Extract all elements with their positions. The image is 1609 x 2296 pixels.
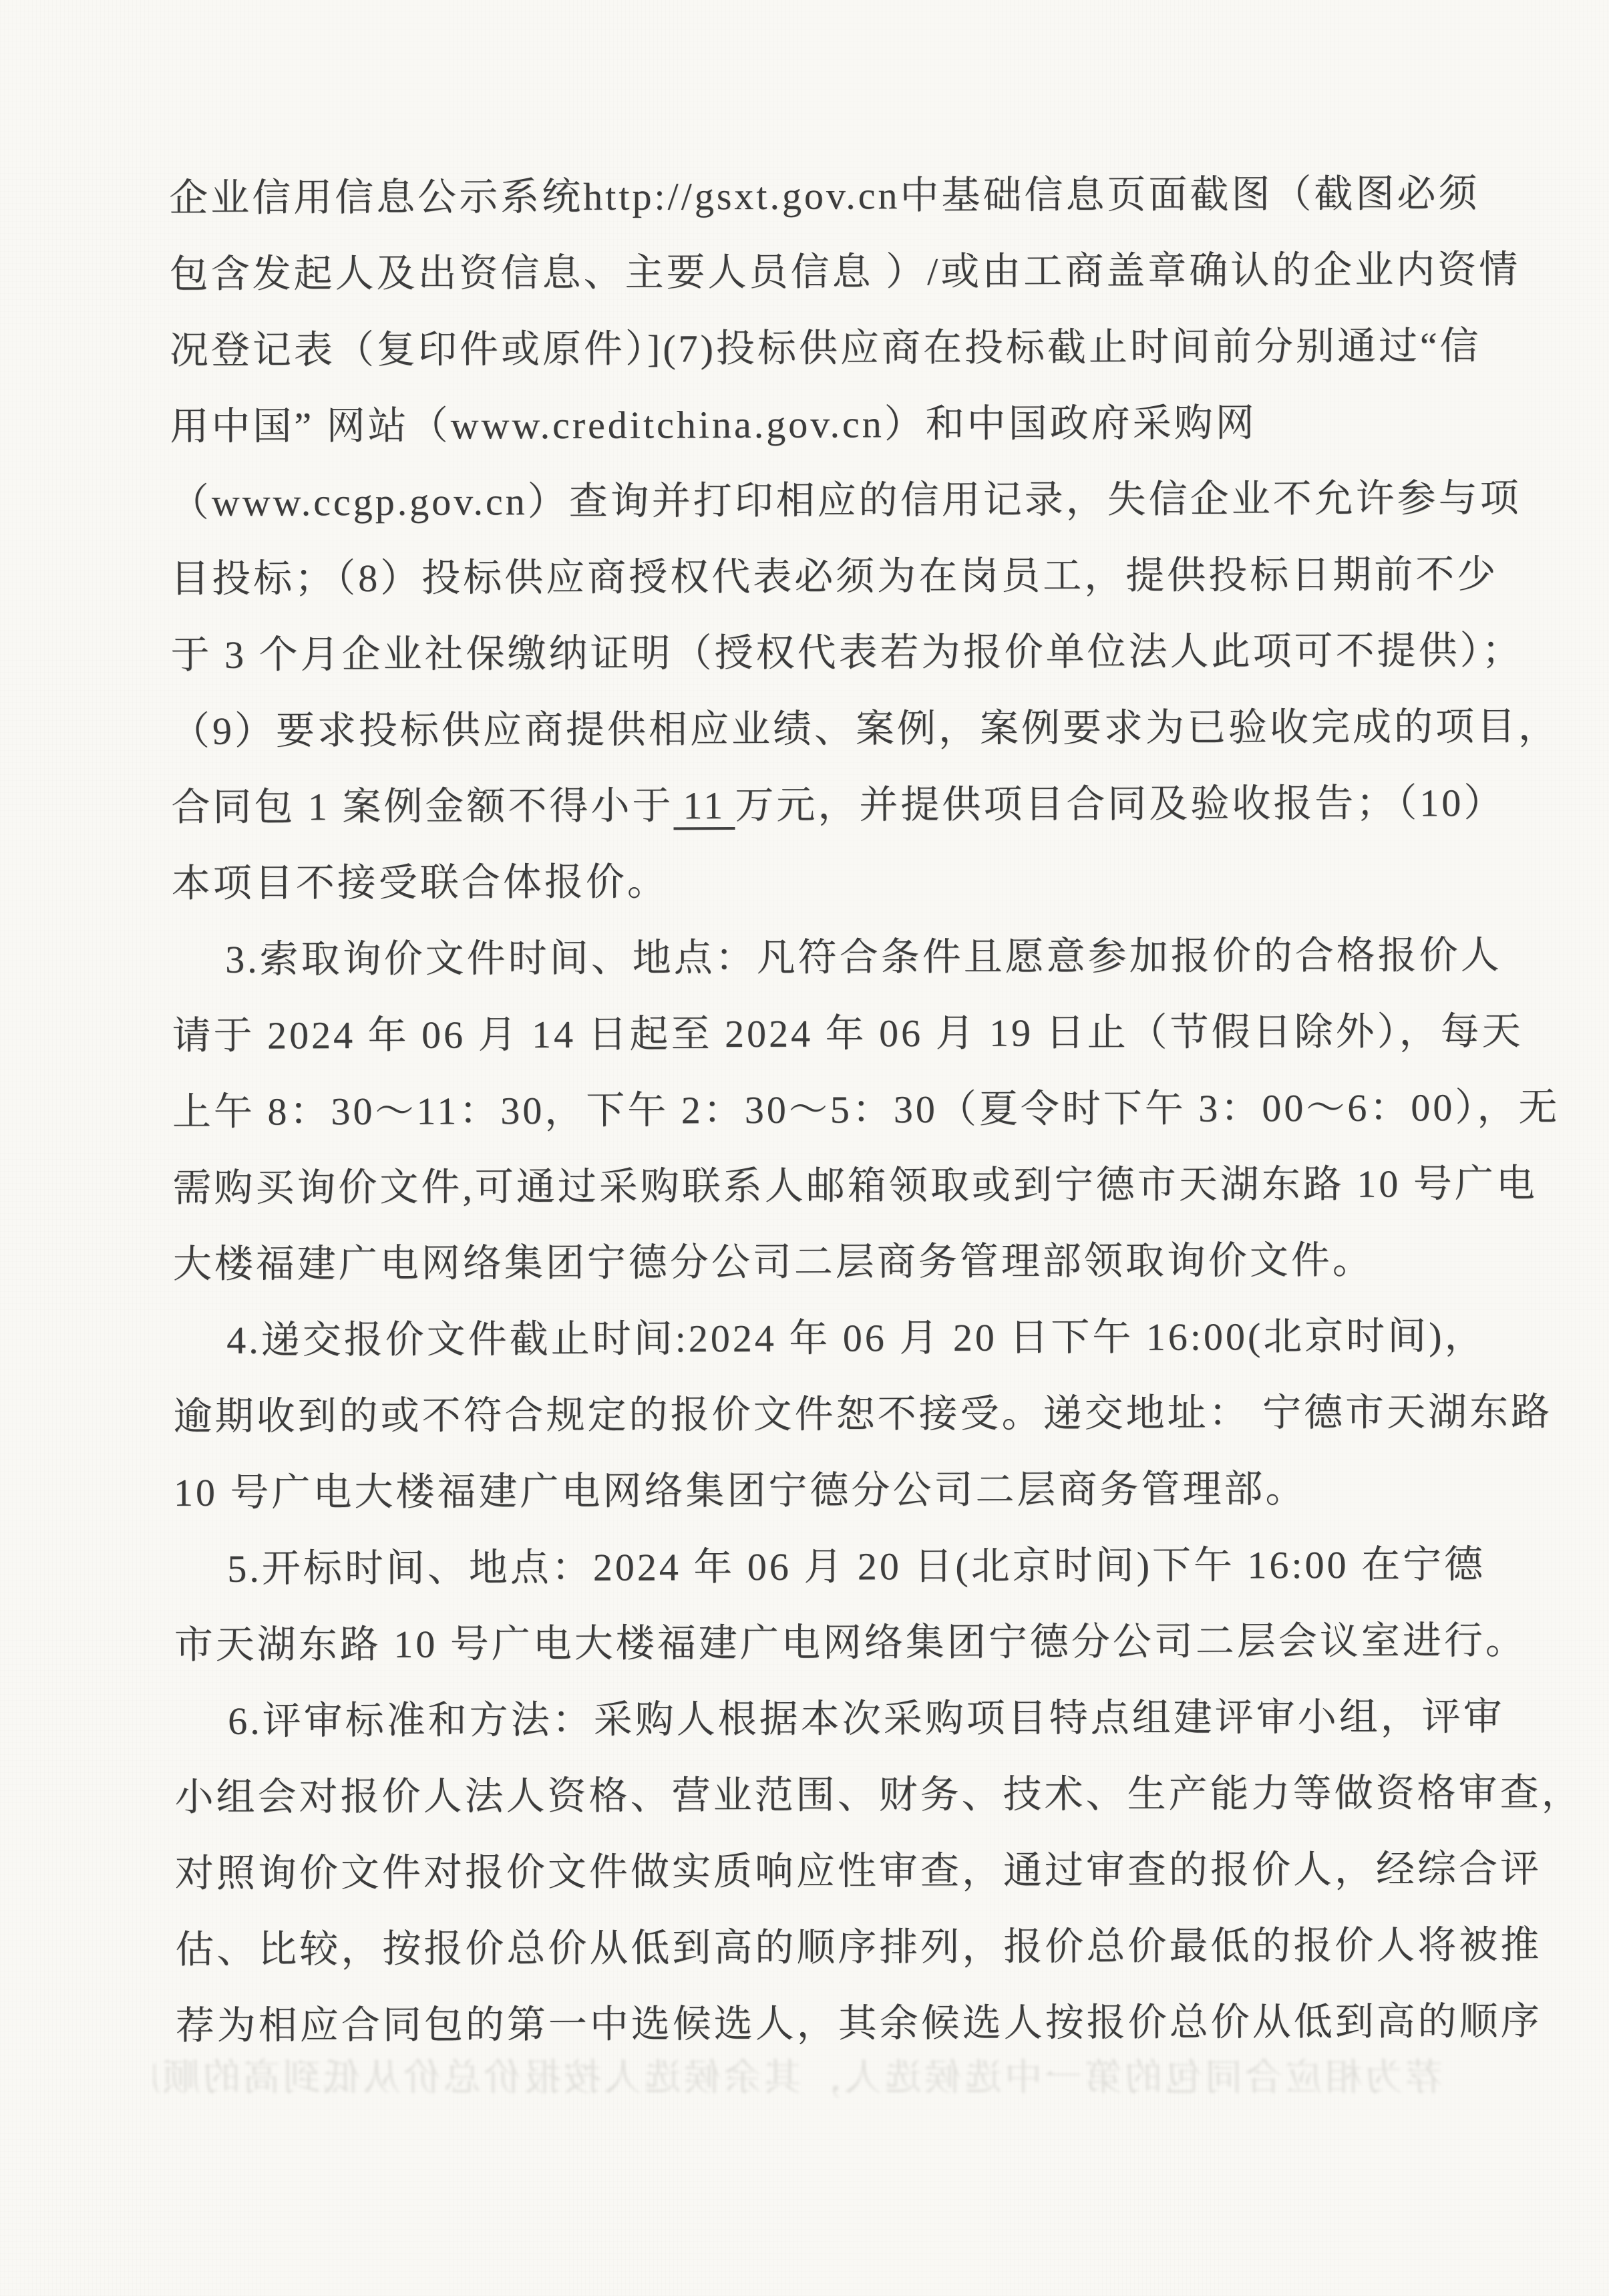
text-line-7: 于 3 个月企业社保缴纳证明（授权代表若为报价单位法人此项可不提供）； [170, 613, 1450, 693]
text-line-24: 估、比较，按报价总价从低到高的顺序排列，报价总价最低的报价人将被推 [175, 1907, 1455, 1988]
text-line-9: 合同包 1 案例金额不得小于11万元，并提供项目合同及验收报告；（10） [171, 765, 1451, 846]
text-line-8: （9）要求投标供应商提供相应业绩、案例，案例要求为已验收完成的项目， [171, 689, 1451, 770]
text-line-15: 大楼福建广电网络集团宁德分公司二层商务管理部领取询价文件。 [173, 1222, 1453, 1303]
scanned-document-page: 企业信用信息公示系统http://gsxt.gov.cn中基础信息页面截图（截图… [0, 0, 1609, 2296]
text-line-1: 企业信用信息公示系统http://gsxt.gov.cn中基础信息页面截图（截图… [169, 156, 1449, 236]
text-line-18: 10 号广电大楼福建广电网络集团宁德分公司二层商务管理部。 [174, 1450, 1453, 1531]
text-segment: 合同包 1 案例金额不得小于 [171, 784, 673, 829]
text-line-25: 荐为相应合同包的第一中选候选人，其余候选人按报价总价从低到高的顺序 [176, 1983, 1455, 2064]
text-line-22: 小组会对报价人法人资格、营业范围、财务、技术、生产能力等做资格审查， [174, 1755, 1454, 1836]
text-line-16: 4.递交报价文件截止时间:2024 年 06 月 20 日下午 16:00(北京… [173, 1298, 1453, 1379]
text-line-5: （www.ccgp.gov.cn）查询并打印相应的信用记录，失信企业不允许参与项 [170, 460, 1450, 541]
text-line-14: 需购买询价文件,可通过采购联系人邮箱领取或到宁德市天湖东路 10 号广电 [172, 1146, 1452, 1226]
text-segment: 万元，并提供项目合同及验收报告；（10） [735, 781, 1505, 827]
text-line-13: 上午 8：30～11：30，下午 2：30～5：30（夏令时下午 3：00～6：… [172, 1070, 1452, 1150]
text-line-10: 本项目不接受联合体报价。 [172, 841, 1451, 922]
text-line-4: 用中国” 网站（www.creditchina.gov.cn）和中国政府采购网 [170, 384, 1449, 465]
text-line-21: 6.评审标准和方法：采购人根据本次采购项目特点组建评审小组，评审 [174, 1679, 1454, 1760]
text-line-12: 请于 2024 年 06 月 14 日起至 2024 年 06 月 19 日止（… [172, 993, 1451, 1074]
document-body: 企业信用信息公示系统http://gsxt.gov.cn中基础信息页面截图（截图… [169, 156, 1455, 2064]
underlined-amount: 11 [673, 784, 735, 830]
text-line-2: 包含发起人及出资信息、主要人员信息 ）/或由工商盖章确认的企业内资情 [169, 232, 1449, 313]
text-line-19: 5.开标时间、地点：2024 年 06 月 20 日(北京时间)下午 16:00… [174, 1526, 1453, 1607]
text-line-6: 目投标；（8）投标供应商授权代表必须为在岗员工，提供投标日期前不少 [170, 536, 1450, 617]
text-line-11: 3.索取询价文件时间、地点：凡符合条件且愿意参加报价的合格报价人 [172, 917, 1451, 998]
text-line-20: 市天湖东路 10 号广电大楼福建广电网络集团宁德分公司二层会议室进行。 [174, 1603, 1454, 1683]
text-line-3: 况登记表（复印件或原件）](7)投标供应商在投标截止时间前分别通过“信 [170, 308, 1449, 389]
text-line-23: 对照询价文件对报价文件做实质响应性审查，通过审查的报价人，经综合评 [175, 1831, 1455, 1912]
text-line-17: 逾期收到的或不符合规定的报价文件恕不接受。递交地址： 宁德市天湖东路 [173, 1374, 1453, 1455]
